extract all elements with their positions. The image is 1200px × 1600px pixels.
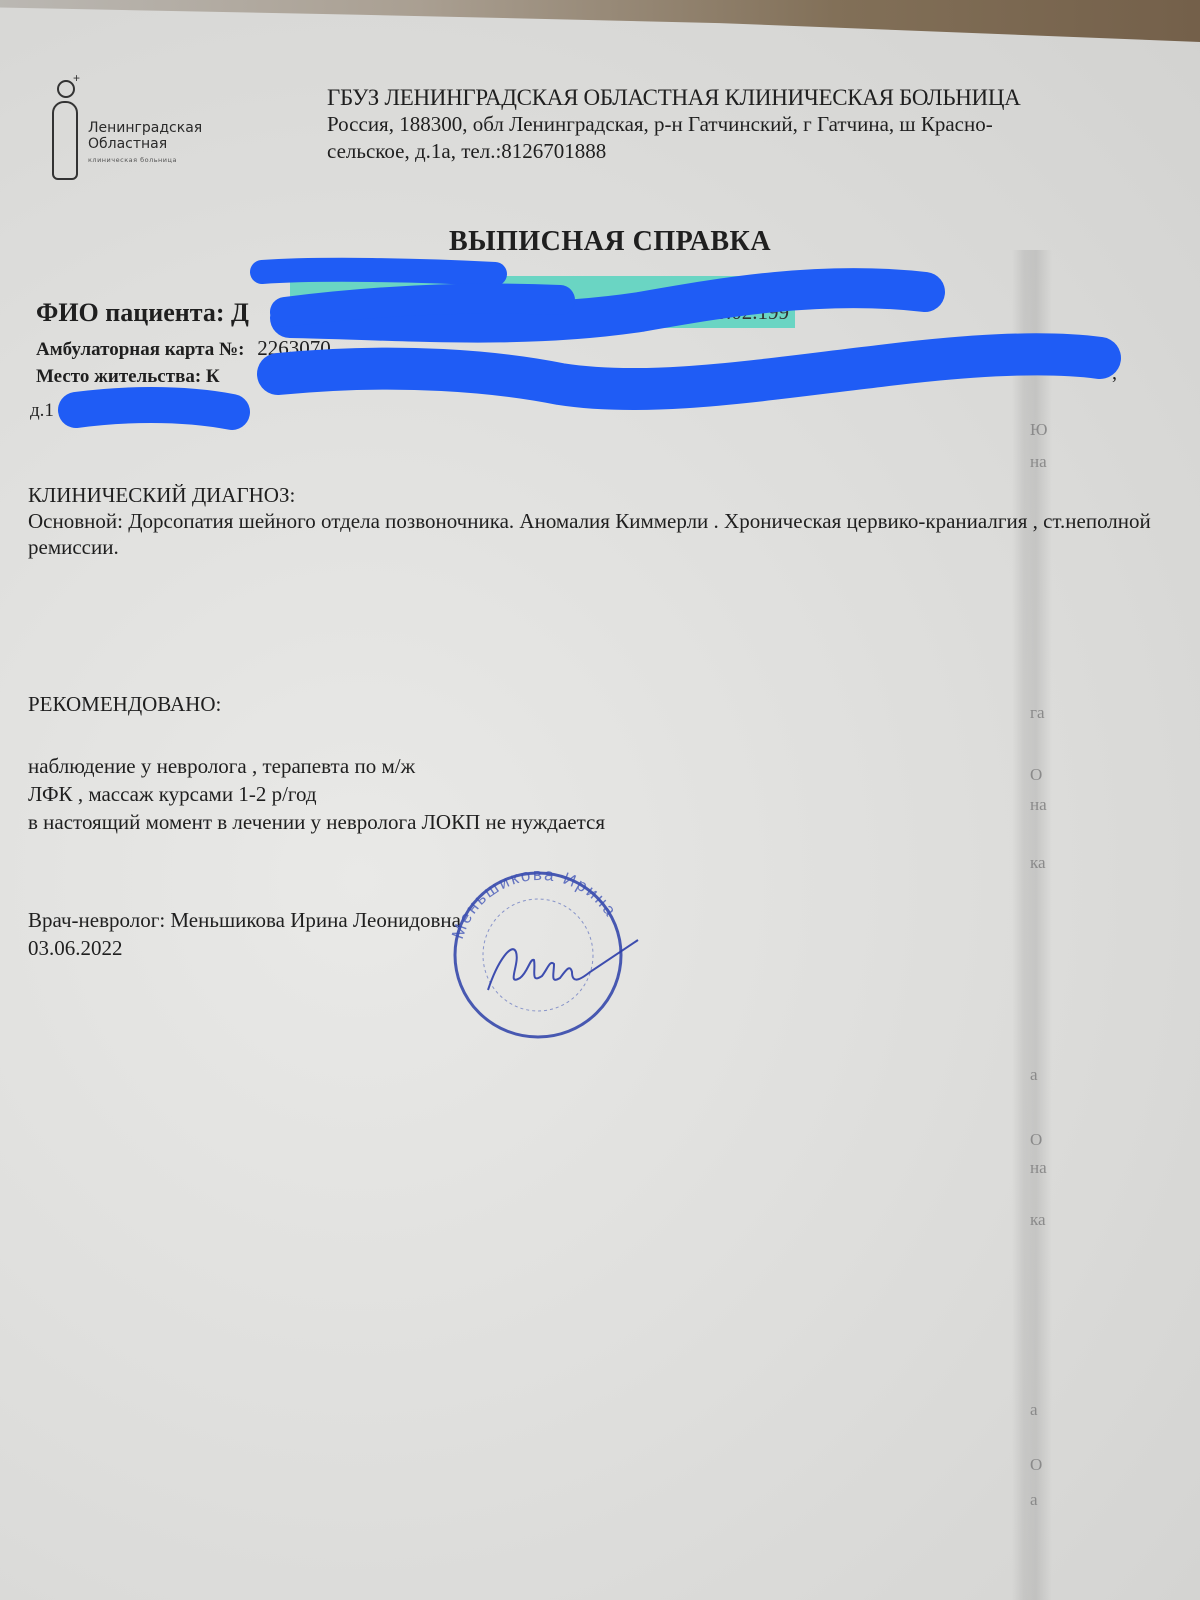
doctor-name: Врач-невролог: Меньшикова Ирина Леонидов…	[28, 907, 461, 933]
recommendation-item: наблюдение у невролога , терапевта по м/…	[28, 752, 605, 780]
recommendations-list: наблюдение у невролога , терапевта по м/…	[28, 752, 605, 836]
recommendations-heading: РЕКОМЕНДОВАНО:	[28, 691, 221, 717]
bleed-mark: на	[1030, 795, 1047, 815]
redaction-marks	[0, 0, 1200, 460]
doctor-stamp-icon: Меньшикова Ирина	[420, 860, 660, 1050]
bleed-mark: а	[1030, 1400, 1038, 1420]
bleed-mark: О	[1030, 1455, 1042, 1475]
recommendation-item: в настоящий момент в лечении у невролога…	[28, 808, 605, 836]
recommendation-item: ЛФК , массаж курсами 1-2 р/год	[28, 780, 605, 808]
bleed-mark: О	[1030, 765, 1042, 785]
bleed-mark: О	[1030, 1130, 1042, 1150]
bleed-mark: а	[1030, 1065, 1038, 1085]
diagnosis-heading: КЛИНИЧЕСКИЙ ДИАГНОЗ:	[28, 482, 295, 508]
bleed-mark: га	[1030, 703, 1045, 723]
svg-text:Меньшикова Ирина: Меньшикова Ирина	[448, 865, 621, 941]
bleed-mark: на	[1030, 1158, 1047, 1178]
bleed-mark: ка	[1030, 853, 1046, 873]
bleed-mark: ка	[1030, 1210, 1046, 1230]
document-date: 03.06.2022	[28, 935, 123, 961]
bleed-mark: а	[1030, 1490, 1038, 1510]
diagnosis-text: Основной: Дорсопатия шейного отдела позв…	[28, 508, 1178, 560]
